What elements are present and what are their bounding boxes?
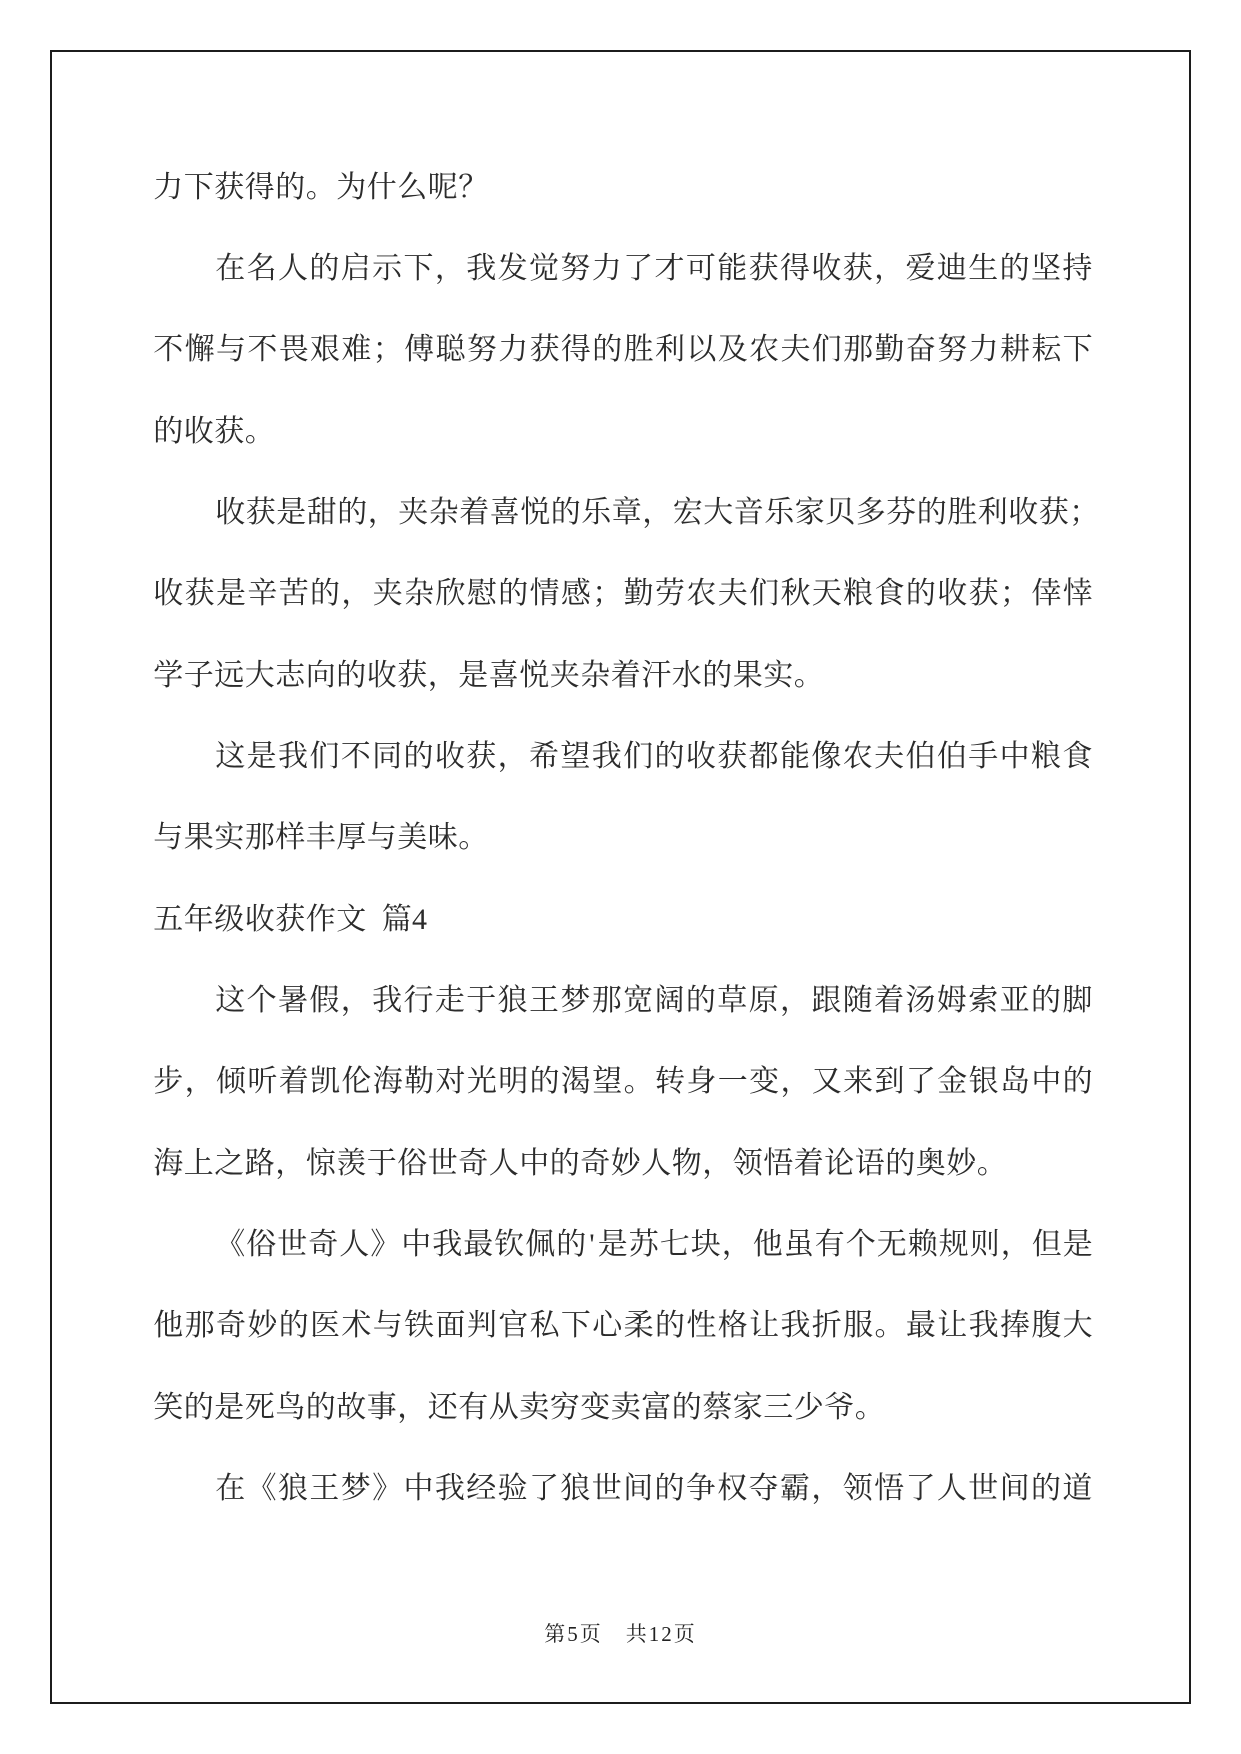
char: 胜 <box>947 498 978 528</box>
char: 判 <box>467 1311 498 1341</box>
char: 力 <box>498 335 529 365</box>
char: 笑 <box>153 1393 184 1423</box>
char: 倾 <box>216 1067 247 1097</box>
char: 与 <box>216 335 247 365</box>
char: 多 <box>856 498 887 528</box>
char: 大 <box>1062 1311 1093 1341</box>
char: 作 <box>306 905 337 935</box>
char: 得 <box>780 254 811 284</box>
char: 着 <box>278 1067 309 1097</box>
char: 转 <box>655 1067 686 1097</box>
char: 中 <box>519 1149 550 1179</box>
char: 狼 <box>497 986 528 1016</box>
text-line: 的收获。 <box>153 391 1093 472</box>
char: 伦 <box>341 1067 372 1097</box>
char: ； <box>592 579 623 609</box>
char: 奇 <box>580 1149 611 1179</box>
char: 生 <box>968 254 999 284</box>
char: 是 <box>214 1393 245 1423</box>
char: 梦 <box>341 1474 372 1504</box>
char: 获 <box>748 254 779 284</box>
char: 是 <box>246 742 277 772</box>
char: 。 <box>245 417 276 447</box>
char: 不 <box>247 335 278 365</box>
char: 劳 <box>655 579 686 609</box>
char: 医 <box>310 1311 341 1341</box>
char: 实 <box>214 823 245 853</box>
char: 喜 <box>489 661 520 691</box>
char: 中 <box>403 1474 434 1504</box>
char: 们 <box>812 335 843 365</box>
char: 。 <box>623 1067 654 1097</box>
char: 三 <box>763 1393 794 1423</box>
char: 努 <box>560 254 591 284</box>
char: 折 <box>812 1311 843 1341</box>
char: 富 <box>641 1393 672 1423</box>
char: 大 <box>703 498 734 528</box>
char: 验 <box>497 1474 528 1504</box>
char: 渴 <box>561 1067 592 1097</box>
char: 可 <box>686 254 717 284</box>
char: ， <box>368 498 399 528</box>
char: 学 <box>153 661 184 691</box>
char: 语 <box>855 1149 886 1179</box>
char: 倖 <box>1031 579 1062 609</box>
char: 大 <box>245 661 276 691</box>
char: 人 <box>937 1474 968 1504</box>
char: 得 <box>245 173 276 203</box>
char: 甜 <box>307 498 338 528</box>
char: 暑 <box>278 986 309 1016</box>
char: 收 <box>811 254 842 284</box>
char: 收 <box>153 579 184 609</box>
char: 夫 <box>874 742 905 772</box>
char: 获 <box>214 417 245 447</box>
char: 妙 <box>946 1149 977 1179</box>
text-line: 在名人的启示下，我发觉努力了才可能获得收获，爱迪生的坚持 <box>153 228 1093 309</box>
char: 海 <box>153 1149 184 1179</box>
char: 的 <box>184 1393 215 1423</box>
char: 夺 <box>748 1474 779 1504</box>
char: 宏 <box>673 498 704 528</box>
char: 随 <box>843 986 874 1016</box>
char: 们 <box>309 742 340 772</box>
char: 胜 <box>623 335 654 365</box>
char: 收 <box>184 417 215 447</box>
char: 的 <box>529 1067 560 1097</box>
char: ， <box>341 579 372 609</box>
char: 奥 <box>916 1149 947 1179</box>
char: 获 <box>968 579 999 609</box>
char: 亚 <box>999 986 1030 1016</box>
char: 是 <box>216 579 247 609</box>
char: 步 <box>153 1067 184 1097</box>
char: 下 <box>184 173 215 203</box>
char: 中 <box>999 742 1030 772</box>
char: 感 <box>561 579 592 609</box>
char: 俗 <box>246 1230 277 1260</box>
char: 果 <box>184 823 215 853</box>
text-line: 力下获得的。为什么呢？ <box>153 147 1093 228</box>
char: 。 <box>794 661 825 691</box>
char: 我 <box>780 1311 811 1341</box>
char: 蔡 <box>702 1393 733 1423</box>
char: 呢 <box>428 173 459 203</box>
char: 苏 <box>629 1230 660 1260</box>
char: 向 <box>306 661 337 691</box>
char: ， <box>275 1149 306 1179</box>
char: 又 <box>812 1067 843 1097</box>
char: 是 <box>598 1230 629 1260</box>
char: 奇 <box>216 1311 247 1341</box>
char: 食 <box>1062 742 1093 772</box>
char: 的 <box>672 1393 703 1423</box>
char: 于 <box>466 986 497 1016</box>
char: 果 <box>733 661 764 691</box>
char: 让 <box>749 1311 780 1341</box>
char: 乐 <box>764 498 795 528</box>
char: 不 <box>341 742 372 772</box>
char: 文 <box>336 905 367 935</box>
char: 羡 <box>336 1149 367 1179</box>
char: 夫 <box>717 579 748 609</box>
char: 启 <box>341 254 372 284</box>
char: ， <box>397 1393 428 1423</box>
char: 以 <box>686 335 717 365</box>
text-line: 收获是辛苦的，夹杂欣慰的情感；勤劳农夫们秋天粮食的收获；倖悻 <box>153 554 1093 635</box>
document-page: 力下获得的。为什么呢？在名人的启示下，我发觉努力了才可能获得收获，爱迪生的坚持不… <box>0 0 1241 1754</box>
char: 经 <box>466 1474 497 1504</box>
char: 索 <box>968 986 999 1016</box>
char: 的 <box>702 661 733 691</box>
char: 柔 <box>623 1311 654 1341</box>
char: 私 <box>529 1311 560 1341</box>
char: 傅 <box>404 335 435 365</box>
char: 不 <box>153 335 184 365</box>
char: 路 <box>245 1149 276 1179</box>
char: 人 <box>641 1149 672 1179</box>
char: 领 <box>733 1149 764 1179</box>
char: 的 <box>153 417 184 447</box>
char: 。 <box>977 1149 1008 1179</box>
char: 间 <box>623 1474 654 1504</box>
char: 服 <box>843 1311 874 1341</box>
char: 的 <box>337 498 368 528</box>
char: 们 <box>749 579 780 609</box>
char: 获 <box>466 742 497 772</box>
char: 爱 <box>905 254 936 284</box>
char: 手 <box>968 742 999 772</box>
char: 来 <box>843 1067 874 1097</box>
char: 能 <box>717 254 748 284</box>
char: 及 <box>717 335 748 365</box>
char: 望 <box>592 1067 623 1097</box>
char: 么 <box>397 173 428 203</box>
char: 七 <box>660 1230 691 1260</box>
char: 的 <box>885 1149 916 1179</box>
char: 耕 <box>1000 335 1031 365</box>
char: 银 <box>968 1067 999 1097</box>
char: 从 <box>489 1393 520 1423</box>
char: 悦 <box>519 661 550 691</box>
char: 在 <box>215 254 246 284</box>
char: 走 <box>435 986 466 1016</box>
char: 官 <box>498 1311 529 1341</box>
char: 变 <box>749 1067 780 1097</box>
char: 但 <box>1032 1230 1063 1260</box>
char: 利 <box>655 335 686 365</box>
char: 王 <box>529 986 560 1016</box>
char: 有 <box>815 1230 846 1260</box>
char: 力 <box>968 335 999 365</box>
char: 汗 <box>641 661 672 691</box>
char <box>367 905 382 935</box>
char: ； <box>1000 579 1031 609</box>
text-line: 这个暑假，我行走于狼王梦那宽阔的草原，跟随着汤姆索亚的脚 <box>153 960 1093 1041</box>
document-body: 力下获得的。为什么呢？在名人的启示下，我发觉努力了才可能获得收获，爱迪生的坚持不… <box>153 147 1093 1530</box>
char: 穷 <box>550 1393 581 1423</box>
char: 的 <box>403 742 434 772</box>
char: 《 <box>246 1474 277 1504</box>
char: 们 <box>623 742 654 772</box>
char: 世 <box>968 1474 999 1504</box>
char: 爷 <box>824 1393 855 1423</box>
text-line: 不懈与不畏艰难；傅聪努力获得的胜利以及农夫们那勤奋努力耕耘下 <box>153 310 1093 391</box>
char: 行 <box>403 986 434 1016</box>
char: 霸 <box>780 1474 811 1504</box>
char: 的 <box>917 498 948 528</box>
char: 王 <box>309 1474 340 1504</box>
char: 惊 <box>306 1149 337 1179</box>
char: 物 <box>672 1149 703 1179</box>
char: 领 <box>843 1474 874 1504</box>
char: 懈 <box>184 335 215 365</box>
char: 捧 <box>1000 1311 1031 1341</box>
char: 的 <box>498 579 529 609</box>
char: 的 <box>309 254 340 284</box>
char: 姆 <box>937 986 968 1016</box>
char: 希 <box>529 742 560 772</box>
char: 农 <box>843 742 874 772</box>
char: 是 <box>1063 1230 1094 1260</box>
char: 杂 <box>429 498 460 528</box>
char: 努 <box>467 335 498 365</box>
char: 下 <box>1062 335 1093 365</box>
char: 年 <box>184 905 215 935</box>
char: 勤 <box>623 579 654 609</box>
char: 人 <box>489 1149 520 1179</box>
char: 那 <box>843 335 874 365</box>
char: 天 <box>812 579 843 609</box>
char: 我 <box>372 986 403 1016</box>
char: 于 <box>367 1149 398 1179</box>
char: 家 <box>733 1393 764 1423</box>
char: 人 <box>339 1230 370 1260</box>
char: 收 <box>367 661 398 691</box>
char: 难 <box>341 335 372 365</box>
char: 着 <box>611 661 642 691</box>
char: 面 <box>435 1311 466 1341</box>
char: 的 <box>556 1230 587 1260</box>
char: 的 <box>275 173 306 203</box>
char: 下 <box>561 1311 592 1341</box>
char: 利 <box>978 498 1009 528</box>
char: 与 <box>153 823 184 853</box>
char: 收 <box>245 905 276 935</box>
text-line: 《俗世奇人》中我最钦佩的'是苏七块，他虽有个无赖规则，但是 <box>153 1204 1093 1285</box>
char: 还 <box>428 1393 459 1423</box>
char: ， <box>780 1067 811 1097</box>
char: 那 <box>245 823 276 853</box>
char: 让 <box>937 1311 968 1341</box>
char: 的 <box>906 579 937 609</box>
char: 音 <box>734 498 765 528</box>
char: 了 <box>623 254 654 284</box>
char: 故 <box>336 1393 367 1423</box>
char: 的 <box>1062 1067 1093 1097</box>
page-border: 力下获得的。为什么呢？在名人的启示下，我发觉努力了才可能获得收获，爱迪生的坚持不… <box>50 50 1191 1704</box>
char: 最 <box>463 1230 494 1260</box>
char: ， <box>1001 1230 1032 1260</box>
char: 妙 <box>247 1311 278 1341</box>
char: 之 <box>214 1149 245 1179</box>
char: 夹 <box>373 579 404 609</box>
char: 悦 <box>520 498 551 528</box>
char: 觉 <box>529 254 560 284</box>
char: 悻 <box>1062 579 1093 609</box>
char: 卖 <box>611 1393 642 1423</box>
section-heading: 五年级收获作文 篇4 <box>153 879 1093 960</box>
char: 在 <box>215 1474 246 1504</box>
char: 中 <box>1031 1067 1062 1097</box>
char: 俗 <box>397 1149 428 1179</box>
char: 美 <box>397 823 428 853</box>
char: 伯 <box>905 742 936 772</box>
char: 是 <box>276 498 307 528</box>
char: 假 <box>309 986 340 1016</box>
char: 夫 <box>780 335 811 365</box>
char: 》 <box>370 1230 401 1260</box>
char: 乐 <box>581 498 612 528</box>
char: 的 <box>310 579 341 609</box>
char: ， <box>341 986 372 1016</box>
char: 夹 <box>398 498 429 528</box>
char: 。 <box>306 173 337 203</box>
char: 论 <box>824 1149 855 1179</box>
char: 与 <box>367 823 398 853</box>
text-line: 海上之路，惊羡于俗世奇人中的奇妙人物，领悟着论语的奥妙。 <box>153 1123 1093 1204</box>
page-footer: 第5页 共12页 <box>52 1618 1189 1648</box>
char: ， <box>702 1149 733 1179</box>
char: 迪 <box>937 254 968 284</box>
char: 的 <box>550 1149 581 1179</box>
char: 道 <box>1062 1474 1093 1504</box>
char: 发 <box>497 254 528 284</box>
char: 杂 <box>580 661 611 691</box>
char: 获 <box>843 254 874 284</box>
char: 获 <box>1039 498 1070 528</box>
char: 我 <box>466 254 497 284</box>
char: 那 <box>592 986 623 1016</box>
char: 获 <box>214 173 245 203</box>
char: 世 <box>428 1149 459 1179</box>
char: 获 <box>717 742 748 772</box>
char: 像 <box>811 742 842 772</box>
char: 上 <box>184 1149 215 1179</box>
char: 鸟 <box>275 1393 306 1423</box>
char: 味 <box>428 823 459 853</box>
char: 术 <box>341 1311 372 1341</box>
char: 着 <box>794 1149 825 1179</box>
text-line: 学子远大志向的收获，是喜悦夹杂着汗水的果实。 <box>153 635 1093 716</box>
char: 虽 <box>784 1230 815 1260</box>
char: 无 <box>877 1230 908 1260</box>
char: ' <box>587 1230 597 1260</box>
char: 贝 <box>825 498 856 528</box>
char: 是 <box>458 661 489 691</box>
char: ； <box>373 335 404 365</box>
char: 世 <box>592 1474 623 1504</box>
char: 的 <box>278 1311 309 1341</box>
char: 狼 <box>278 1474 309 1504</box>
char: 下 <box>403 254 434 284</box>
char: 宽 <box>623 986 654 1016</box>
char: 能 <box>780 742 811 772</box>
char: 实 <box>763 661 794 691</box>
text-line: 与果实那样丰厚与美味。 <box>153 798 1093 879</box>
char: 获 <box>529 335 560 365</box>
char: 与 <box>373 1311 404 1341</box>
char: 的 <box>686 986 717 1016</box>
char: 五 <box>153 905 184 935</box>
char: 家 <box>795 498 826 528</box>
char: 个 <box>846 1230 877 1260</box>
text-line: 他那奇妙的医术与铁面判官私下心柔的性格让我折服。最让我捧腹大 <box>153 1286 1093 1367</box>
char: 听 <box>247 1067 278 1097</box>
char: ， <box>435 254 466 284</box>
char: 情 <box>529 579 560 609</box>
char: 粮 <box>1031 742 1062 772</box>
char: 明 <box>498 1067 529 1097</box>
char: 了 <box>529 1474 560 1504</box>
char: 都 <box>748 742 779 772</box>
char: 变 <box>580 1393 611 1423</box>
char: 腹 <box>1031 1311 1062 1341</box>
text-line: 这是我们不同的收获，希望我们的收获都能像农夫伯伯手中粮食 <box>153 716 1093 797</box>
char: 个 <box>246 986 277 1016</box>
char: 夹 <box>550 661 581 691</box>
char: 海 <box>373 1067 404 1097</box>
char: 他 <box>153 1311 184 1341</box>
char: 金 <box>937 1067 968 1097</box>
text-line: 收获是甜的，夹杂着喜悦的乐章，宏大音乐家贝多芬的胜利收获； <box>153 472 1093 553</box>
char: 名 <box>246 254 277 284</box>
char: 什 <box>367 173 398 203</box>
char: 跟 <box>811 986 842 1016</box>
char: 获 <box>397 661 428 691</box>
char: 努 <box>937 335 968 365</box>
char: 的 <box>655 1311 686 1341</box>
char: 厚 <box>336 823 367 853</box>
char: 心 <box>592 1311 623 1341</box>
char: 少 <box>794 1393 825 1423</box>
char: 获 <box>275 905 306 935</box>
char: 间 <box>999 1474 1030 1504</box>
char: ， <box>874 254 905 284</box>
char: 《 <box>215 1230 246 1260</box>
char: 的 <box>592 335 623 365</box>
char: 中 <box>401 1230 432 1260</box>
